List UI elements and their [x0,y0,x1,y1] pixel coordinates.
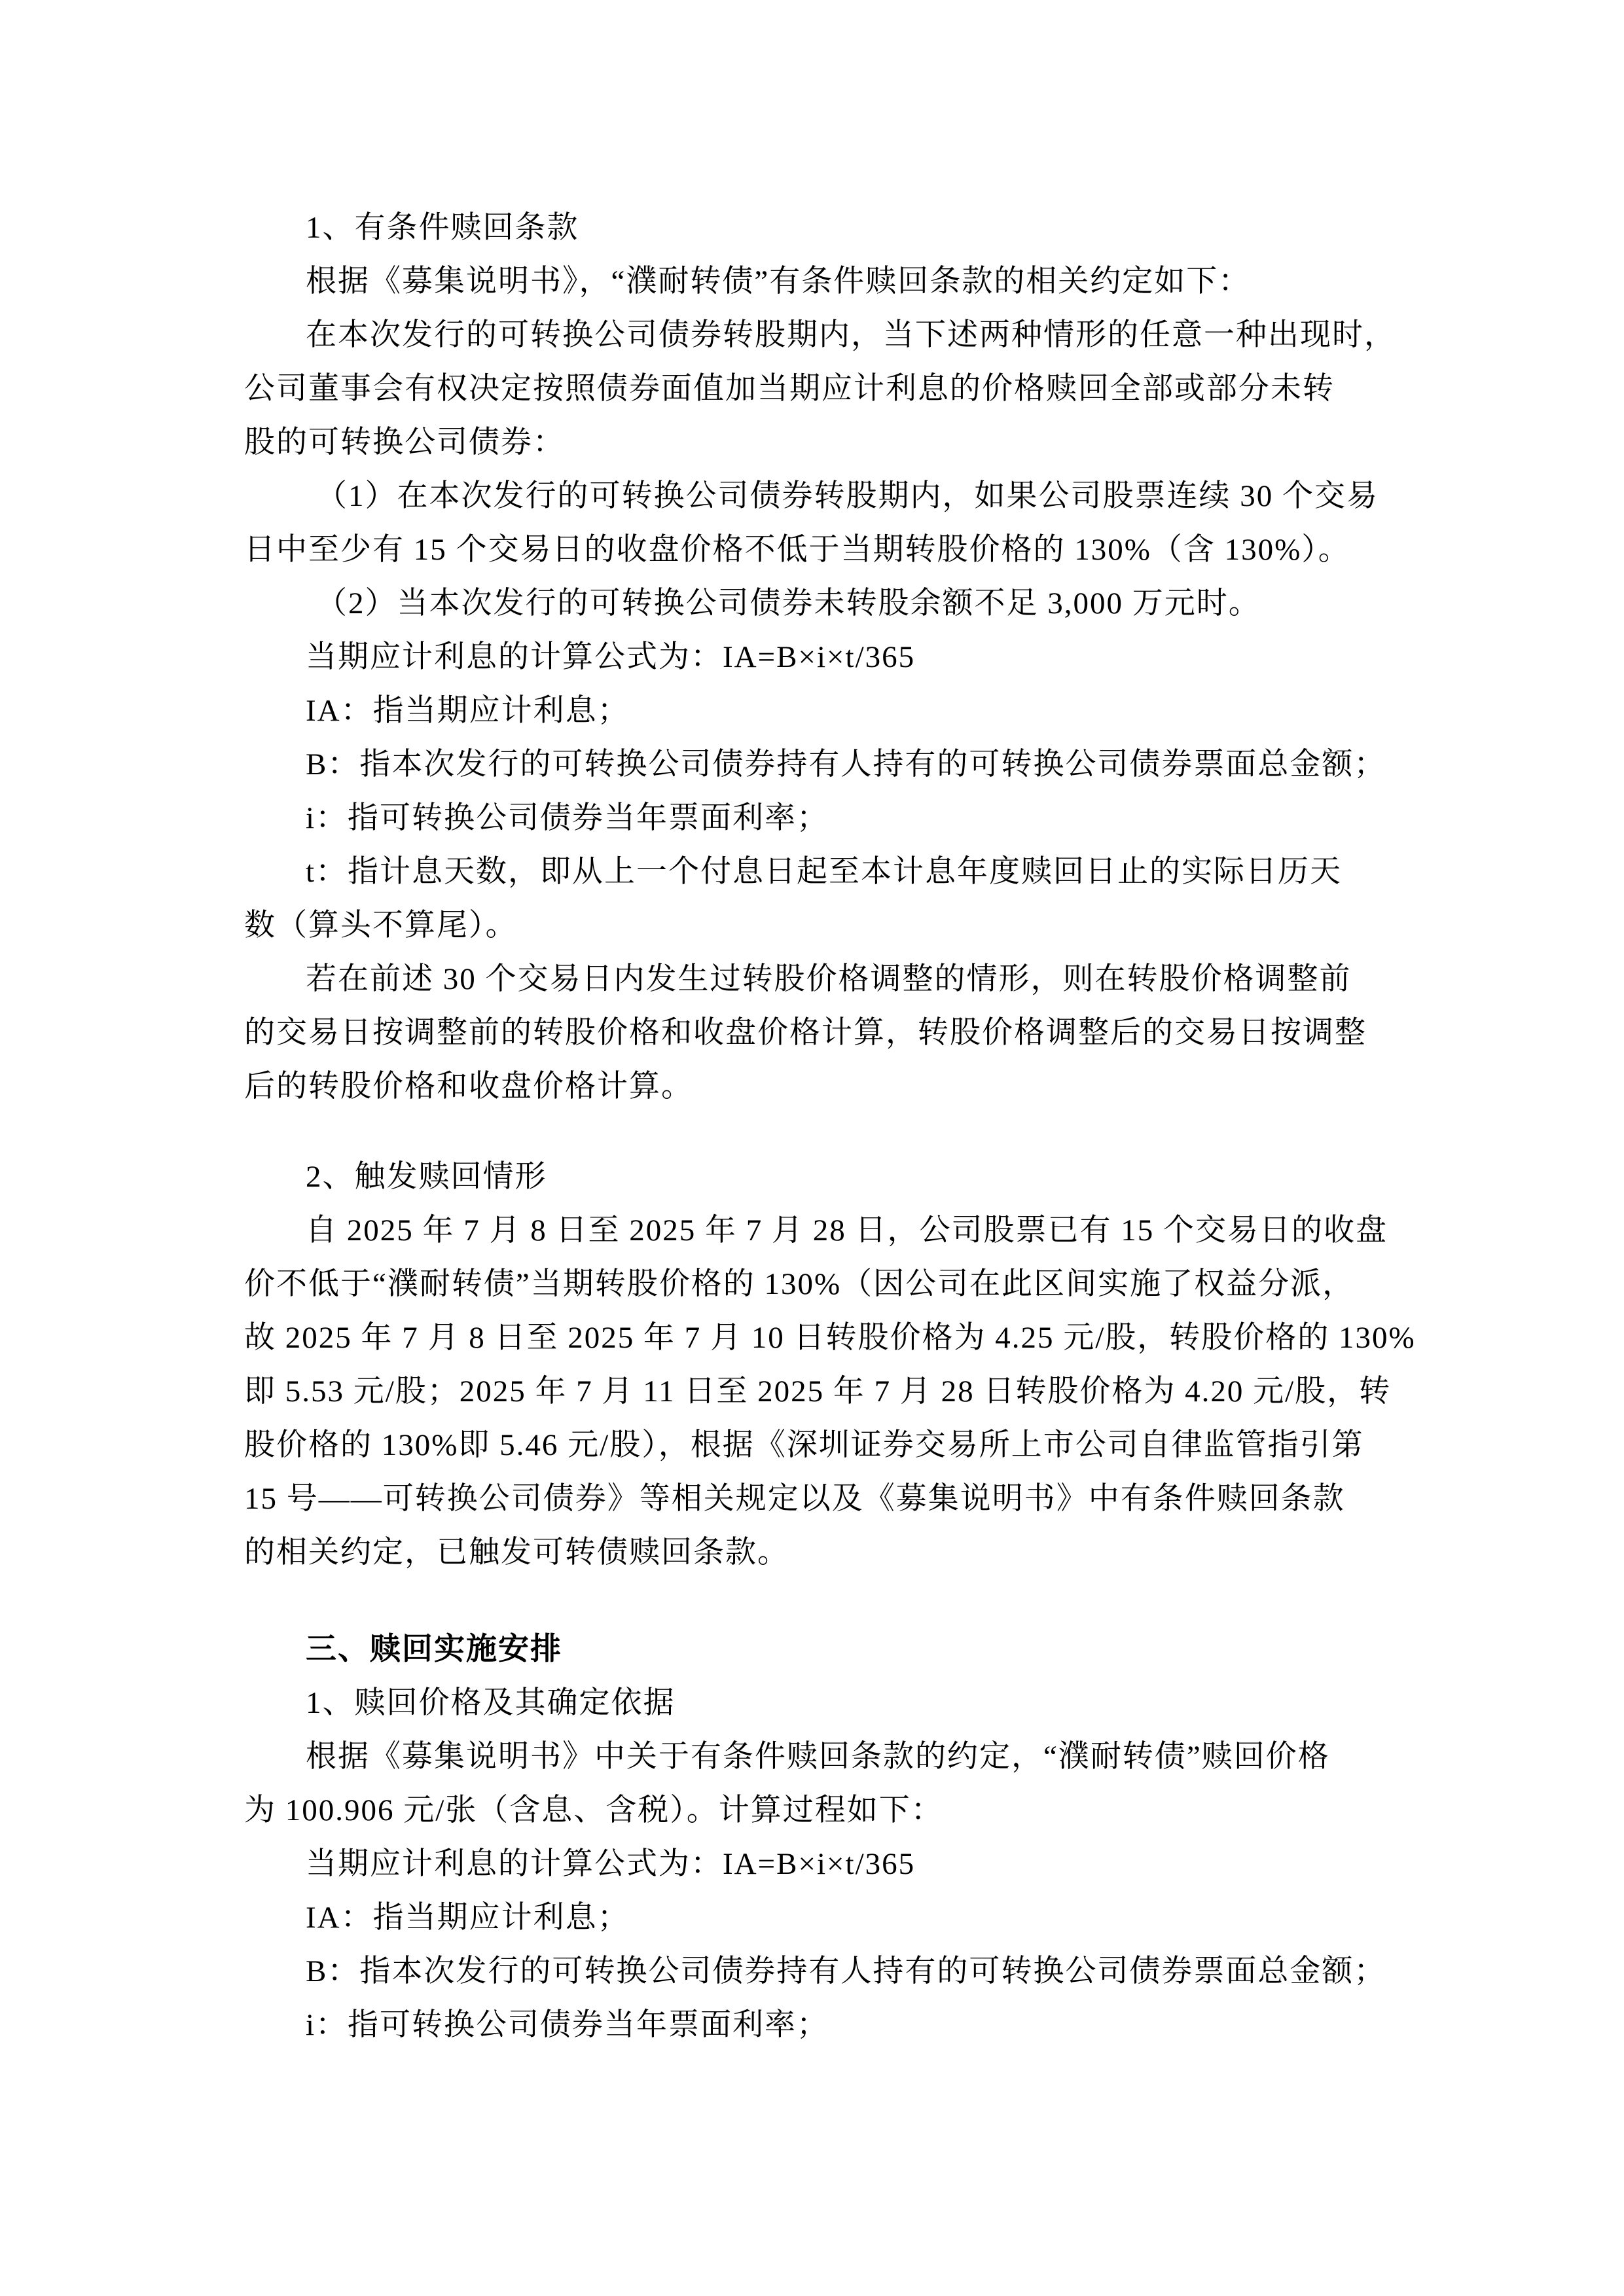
condition-1-line: 日中至少有 15 个交易日的收盘价格不低于当期转股价格的 130%（含 130%… [244,530,1350,569]
interest-formula-2: 当期应计利息的计算公式为：IA=B×i×t/365 [306,1844,915,1884]
paragraph-line: 在本次发行的可转换公司债券转股期内，当下述两种情形的任意一种出现时， [306,315,1396,355]
adjustment-line: 若在前述 30 个交易日内发生过转股价格调整的情形，则在转股价格调整前 [306,960,1352,999]
paragraph-line: 股的可转换公司债券： [244,423,565,462]
trigger-body-line: 故 2025 年 7 月 8 日至 2025 年 7 月 10 日转股价格为 4… [244,1318,1416,1357]
condition-2: （2）当本次发行的可转换公司债券未转股余额不足 3,000 万元时。 [316,584,1261,623]
definition-t-line: 数（算头不算尾）。 [244,906,518,945]
trigger-body-line: 的相关约定，已触发可转债赎回条款。 [244,1533,789,1572]
definition-ia: IA：指当期应计利息； [306,691,630,730]
section-heading-conditional-redemption: 1、有条件赎回条款 [306,208,579,247]
redemption-price-line: 为 100.906 元/张（含息、含税）。计算过程如下： [244,1791,943,1830]
definition-b-2: B：指本次发行的可转换公司债券持有人持有的可转换公司债券票面总金额； [306,1952,1386,1991]
adjustment-line: 后的转股价格和收盘价格计算。 [244,1067,693,1106]
trigger-body-line: 价不低于“濮耐转债”当期转股价格的 130%（因公司在此区间实施了权益分派， [244,1265,1354,1304]
trigger-body-line: 股价格的 130%即 5.46 元/股），根据《深圳证券交易所上市公司自律监管指… [244,1426,1364,1465]
definition-i-2: i：指可转换公司债券当年票面利率； [306,2005,829,2045]
trigger-body-line: 即 5.53 元/股；2025 年 7 月 11 日至 2025 年 7 月 2… [244,1372,1391,1411]
interest-formula: 当期应计利息的计算公式为：IA=B×i×t/365 [306,637,915,677]
section-heading-trigger: 2、触发赎回情形 [306,1157,547,1196]
adjustment-line: 的交易日按调整前的转股价格和收盘价格计算，转股价格调整后的交易日按调整 [244,1013,1367,1052]
trigger-body-line: 自 2025 年 7 月 8 日至 2025 年 7 月 28 日，公司股票已有… [306,1211,1388,1250]
paragraph-intro: 根据《募集说明书》，“濮耐转债”有条件赎回条款的相关约定如下： [306,262,1250,301]
section-heading-redemption-arrangement: 三、赎回实施安排 [306,1630,562,1669]
condition-1-line: （1）在本次发行的可转换公司债券转股期内，如果公司股票连续 30 个交易 [316,476,1379,516]
definition-ia-2: IA：指当期应计利息； [306,1898,630,1937]
definition-b: B：指本次发行的可转换公司债券持有人持有的可转换公司债券票面总金额； [306,745,1386,784]
paragraph-line: 公司董事会有权决定按照债券面值加当期应计利息的价格赎回全部或部分未转 [244,369,1335,408]
redemption-price-line: 根据《募集说明书》中关于有条件赎回条款的约定，“濮耐转债”赎回价格 [306,1737,1330,1776]
sub-heading-redemption-price: 1、赎回价格及其确定依据 [306,1683,676,1723]
definition-t-line: t：指计息天数，即从上一个付息日起至本计息年度赎回日止的实际日历天 [306,852,1342,891]
trigger-body-line: 15 号——可转换公司债券》等相关规定以及《募集说明书》中有条件赎回条款 [244,1479,1345,1518]
definition-i: i：指可转换公司债券当年票面利率； [306,798,829,838]
